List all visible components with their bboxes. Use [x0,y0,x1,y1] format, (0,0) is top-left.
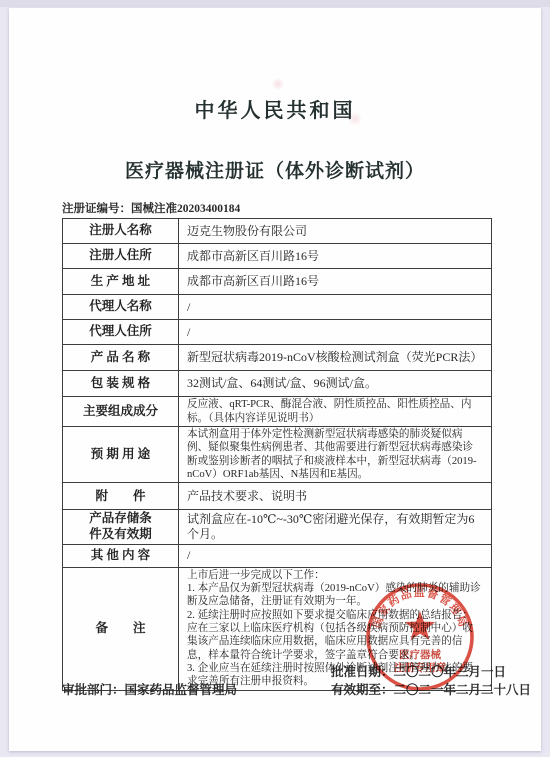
row-value: / [179,320,492,345]
row-value: 迈克生物股份有限公司 [179,219,492,244]
row-value: 32测试/盒、64测试/盒、96测试/盒。 [179,371,492,397]
approval-department: 审批部门：国家药品监督管理局 [62,680,237,698]
row-value: 试剂盒应在-10℃~-30℃密闭避光保存，有效期暂定为6个月。 [179,510,492,544]
stamp-text-line2: 注册专用章 [394,661,447,674]
row-label: 产品存储条 件及有效期 [63,510,179,544]
table-row: 主要组成成分 反应液、qRT-PCR、酶混合液、阴性质控品、阳性质控品、内标。（… [63,397,492,427]
row-value: 成都市高新区百川路16号 [179,269,492,295]
registration-stamp: 国家药品监督管理局 医疗器械 注册专用章 [355,572,485,702]
row-label: 备 注 [63,567,179,690]
table-row: 其 他 内 容 / [63,544,492,567]
row-label: 附 件 [63,483,179,510]
stamp-star-icon [405,611,435,640]
certificate-title: 医疗器械注册证（体外诊断试剂） [9,156,541,183]
row-value: 本试剂盒用于体外定性检测新型冠状病毒感染的肺炎疑似病例、疑似聚集性病例患者、其他… [179,427,492,483]
row-label: 包 装 规 格 [63,371,179,397]
table-row: 生 产 地 址 成都市高新区百川路16号 [63,269,492,295]
registration-number-line: 注册证编号：国械注准20203400184 [62,200,240,216]
row-label: 注册人名称 [63,219,179,244]
row-label: 预 期 用 途 [63,427,179,483]
row-value: / [179,544,492,567]
country-title: 中华人民共和国 [9,94,541,123]
row-label: 主要组成成分 [63,397,179,427]
scan-top-strip [0,0,550,7]
row-label: 产 品 名 称 [63,345,179,371]
row-value: 新型冠状病毒2019-nCoV核酸检测试剂盒（荧光PCR法） [179,345,492,371]
row-value: 产品技术要求、说明书 [179,483,492,510]
table-row: 预 期 用 途 本试剂盒用于体外定性检测新型冠状病毒感染的肺炎疑似病例、疑似聚集… [63,427,492,483]
scan-smudge [271,78,285,90]
table-row: 包 装 规 格 32测试/盒、64测试/盒、96测试/盒。 [63,371,492,397]
row-value: 成都市高新区百川路16号 [179,244,492,269]
table-row: 产品存储条 件及有效期 试剂盒应在-10℃~-30℃密闭避光保存，有效期暂定为6… [63,510,492,544]
table-row: 代理人名称 / [63,295,492,320]
row-label: 其 他 内 容 [63,544,179,567]
stamp-text-line1: 医疗器械 [399,648,441,661]
row-label: 代理人住所 [63,320,179,345]
row-label: 代理人名称 [63,295,179,320]
table-row: 产 品 名 称 新型冠状病毒2019-nCoV核酸检测试剂盒（荧光PCR法） [63,345,492,371]
table-row: 注册人住所 成都市高新区百川路16号 [63,244,492,269]
row-value: 反应液、qRT-PCR、酶混合液、阴性质控品、阳性质控品、内标。（具体内容详见说… [179,397,492,427]
row-value: / [179,295,492,320]
table-row: 代理人住所 / [63,320,492,345]
table-row: 注册人名称 迈克生物股份有限公司 [63,219,492,244]
table-row: 附 件 产品技术要求、说明书 [63,483,492,510]
row-label: 注册人住所 [63,244,179,269]
row-label: 生 产 地 址 [63,269,179,295]
